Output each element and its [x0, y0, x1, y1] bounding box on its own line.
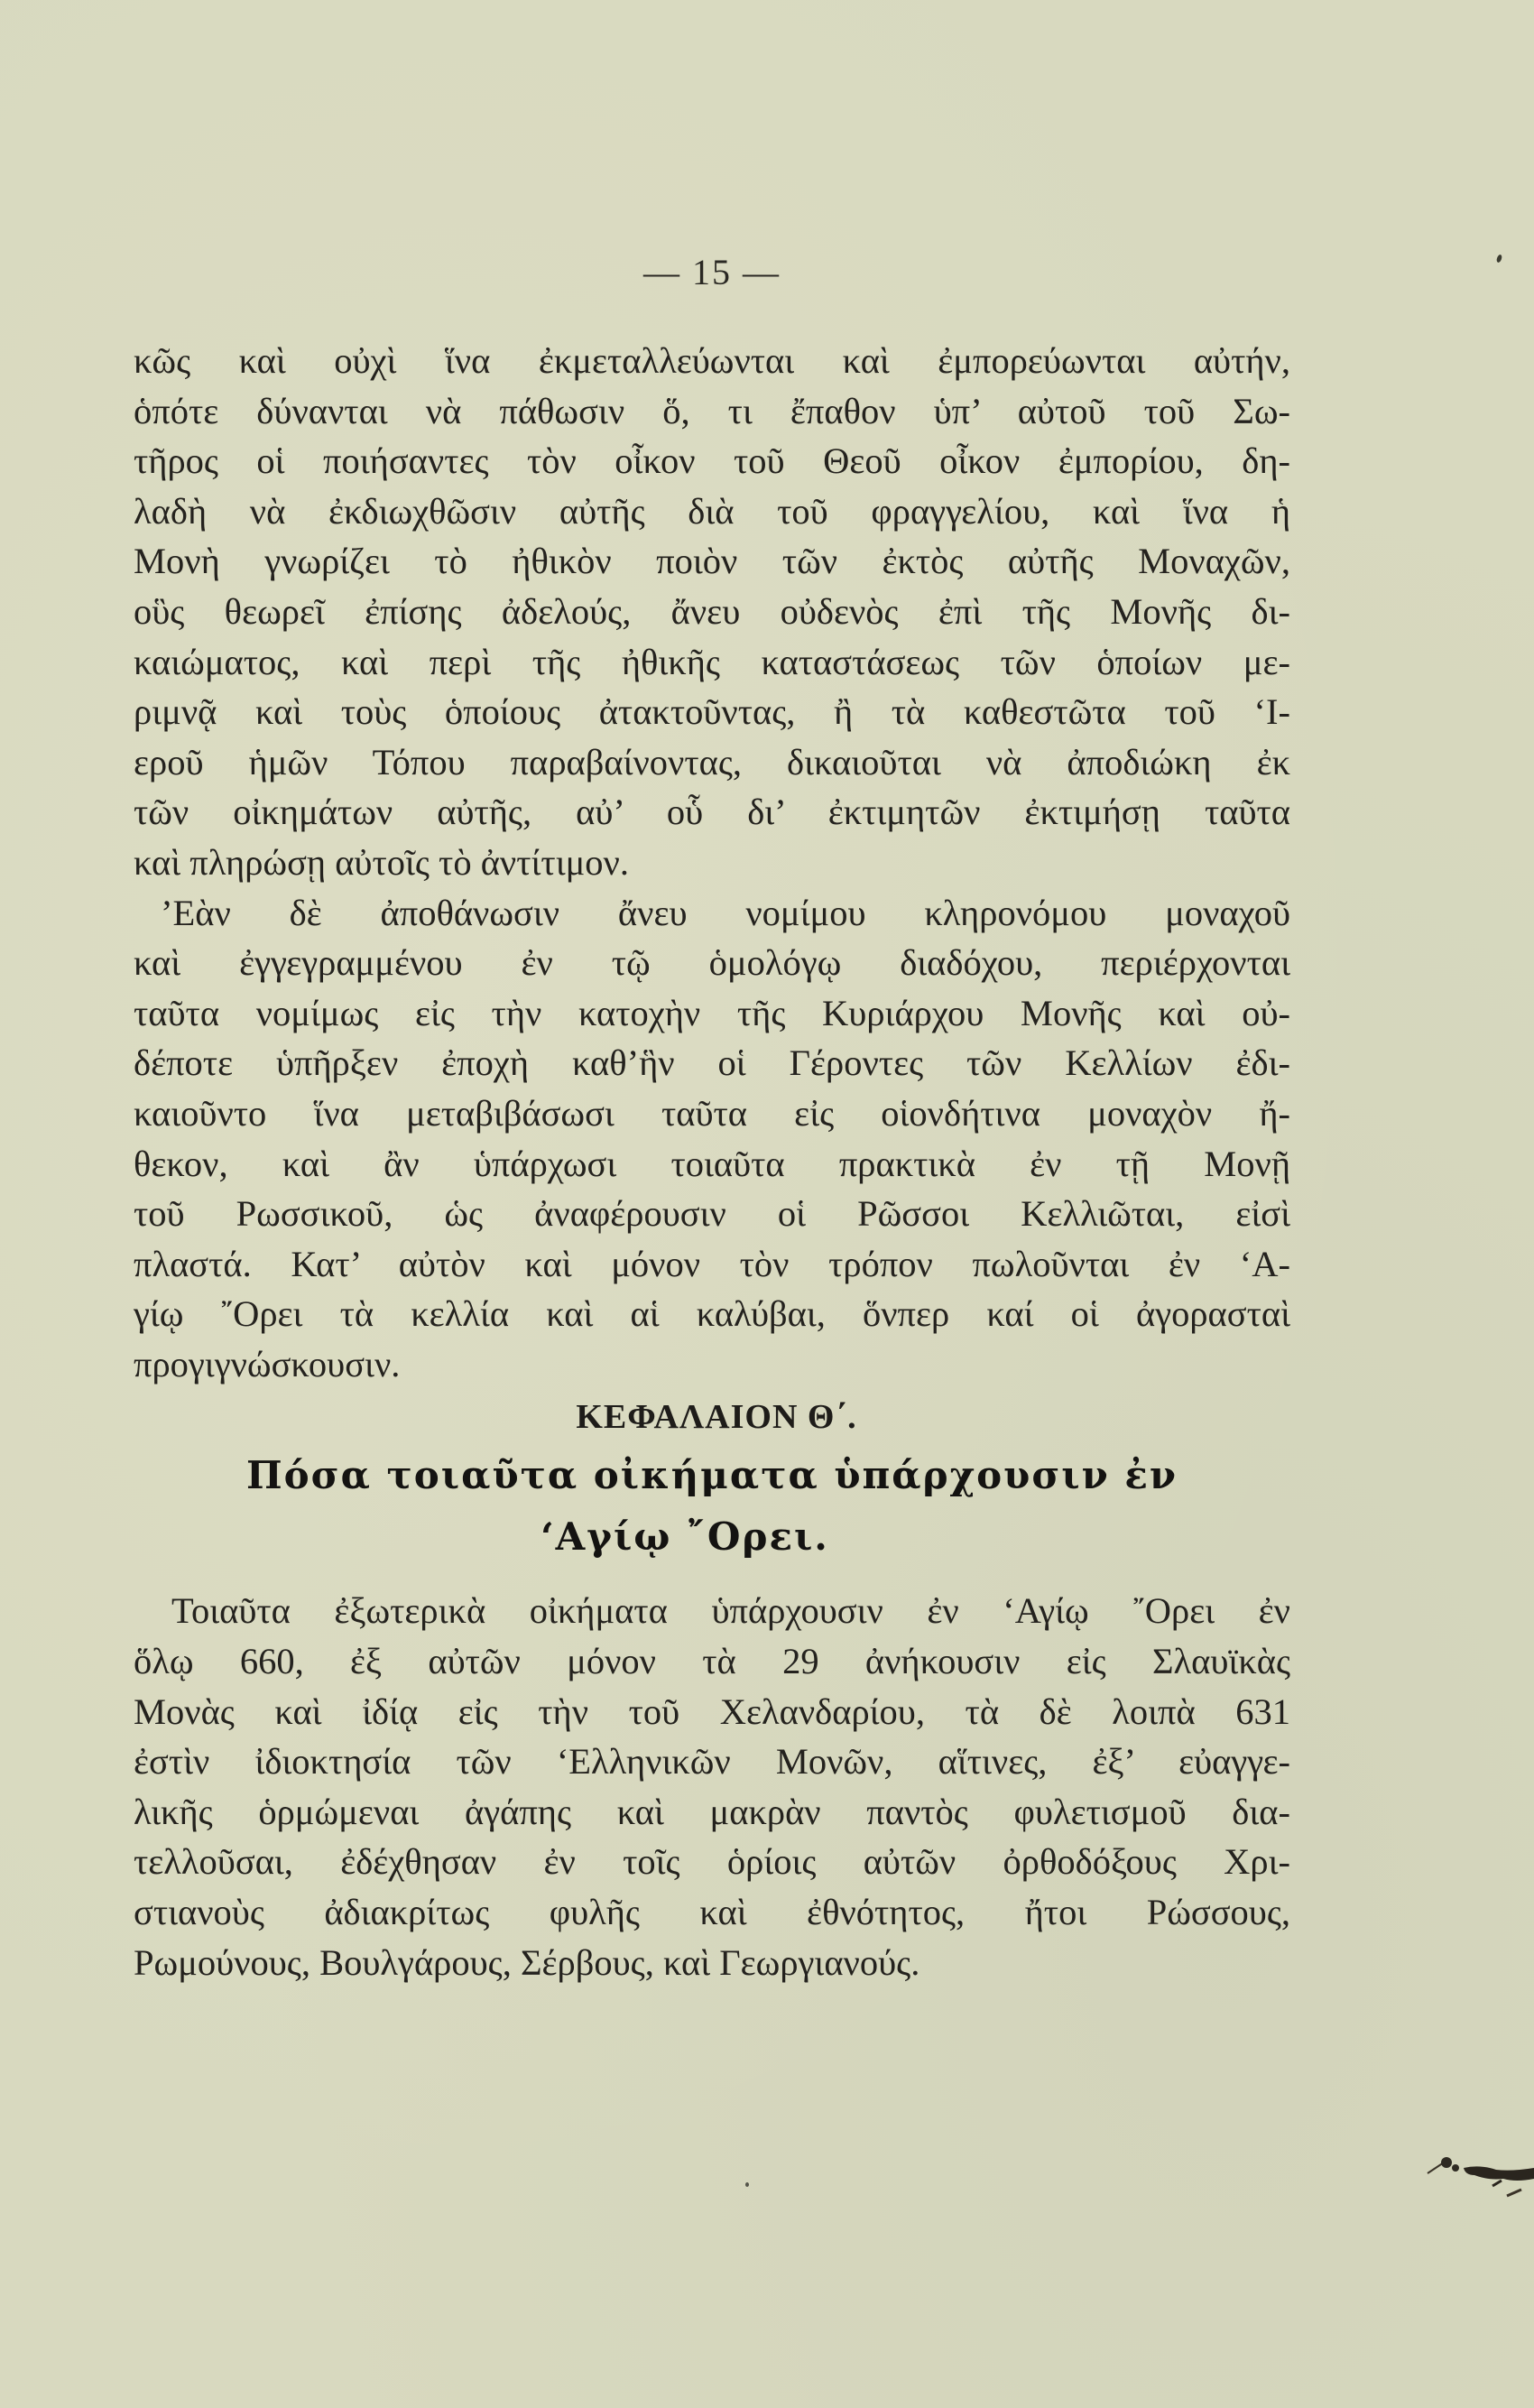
text-line: δέποτε ὑπῆρξεν ἐποχὴ καθ’ἣν οἱ Γέροντες …: [134, 1038, 1290, 1088]
text-line: ὅλῳ 660, ἐξ αὐτῶν μόνον τὰ 29 ἀνήκουσιν …: [134, 1636, 1290, 1687]
text-line: καιώματος, καὶ περὶ τῆς ἠθικῆς καταστάσε…: [134, 637, 1290, 688]
text-line: καὶ πληρώσῃ αὐτοῖς τὸ ἀντίτιμον.: [134, 838, 1290, 888]
text-line: λικῆς ὁρμώμεναι ἀγάπης καὶ μακρὰν παντὸς…: [134, 1787, 1290, 1838]
page-number: — 15 —: [134, 251, 1290, 293]
chapter-title: Πόσα τοιαῦτα οἰκήματα ὑπάρχουσιν ἐν ‘Αγί…: [134, 1445, 1290, 1568]
paragraph-2: ’Εὰν δὲ ἀποθάνωσιν ἄνευ νομίμου κληρονόμ…: [134, 888, 1290, 1390]
body-text: κῶς καὶ οὐχὶ ἵνα ἐκμεταλλεύωνται καὶ ἐμπ…: [134, 336, 1290, 1987]
text-line: πλαστά. Κατ’ αὐτὸν καὶ μόνον τὸν τρόπον …: [134, 1239, 1290, 1290]
text-line: τελλοῦσαι, ἐδέχθησαν ἐν τοῖς ὁρίοις αὐτῶ…: [134, 1837, 1290, 1887]
text-line: γίῳ ῎Ορει τὰ κελλία καὶ αἱ καλύβαι, ὅνπε…: [134, 1289, 1290, 1339]
chapter-title-line-1: Πόσα τοιαῦτα οἰκήματα ὑπάρχουσιν ἐν: [134, 1445, 1290, 1506]
text-line: ταῦτα νομίμως εἰς τὴν κατοχὴν τῆς Κυριάρ…: [134, 988, 1290, 1039]
text-line: Μονὴ γνωρίζει τὸ ἠθικὸν ποιὸν τῶν ἐκτὸς …: [134, 536, 1290, 587]
text-line: ριμνᾷ καὶ τοὺς ὁποίους ἀτακτοῦντας, ἢ τὰ…: [134, 687, 1290, 737]
text-line: τῆρος οἱ ποιήσαντες τὸν οἶκον τοῦ Θεοῦ ο…: [134, 436, 1290, 486]
chapter-label: ΚΕΦΑΛΑΙΟΝ Θ΄.: [134, 1389, 1290, 1445]
text-line: εροῦ ἡμῶν Τόπου παραβαίνοντας, δικαιοῦτα…: [134, 737, 1290, 788]
text-line: ’Εὰν δὲ ἀποθάνωσιν ἄνευ νομίμου κληρονόμ…: [134, 888, 1290, 939]
text-line: ὁπότε δύνανται νὰ πάθωσιν ὅ, τι ἔπαθον ὑ…: [134, 386, 1290, 437]
text-line: καὶ ἐγγεγραμμένου ἐν τῷ ὁμολόγῳ διαδόχου…: [134, 938, 1290, 988]
text-line: Μονὰς καὶ ἰδίᾳ εἰς τὴν τοῦ Χελανδαρίου, …: [134, 1687, 1290, 1737]
paragraph-3: Τοιαῦτα ἐξωτερικὰ οἰκήματα ὑπάρχουσιν ἐν…: [134, 1586, 1290, 1987]
paragraph-1: κῶς καὶ οὐχὶ ἵνα ἐκμεταλλεύωνται καὶ ἐμπ…: [134, 336, 1290, 888]
text-line: προγιγνώσκουσιν.: [134, 1339, 1290, 1390]
text-line: τοῦ Ρωσσικοῦ, ὡς ἀναφέρουσιν οἱ Ρῶσσοι Κ…: [134, 1189, 1290, 1239]
text-line: κῶς καὶ οὐχὶ ἵνα ἐκμεταλλεύωνται καὶ ἐμπ…: [134, 336, 1290, 386]
text-line: οὓς θεωρεῖ ἐπίσης ἀδελούς, ἄνευ οὐδενὸς …: [134, 587, 1290, 637]
text-line: Τοιαῦτα ἐξωτερικὰ οἰκήματα ὑπάρχουσιν ἐν…: [134, 1586, 1290, 1636]
text-line: στιανοὺς ἀδιακρίτως φυλῆς καὶ ἐθνότητος,…: [134, 1887, 1290, 1938]
text-line: ἐστὶν ἰδιοκτησία τῶν ‘Ελληνικῶν Μονῶν, α…: [134, 1737, 1290, 1787]
text-line: θεκον, καὶ ἂν ὑπάρχωσι τοιαῦτα πρακτικὰ …: [134, 1139, 1290, 1190]
text-line: λαδὴ νὰ ἐκδιωχθῶσιν αὐτῆς διὰ τοῦ φραγγε…: [134, 486, 1290, 537]
ink-speck-top-right: [1496, 254, 1503, 263]
ink-smudge-corner-icon: [1426, 2144, 1534, 2199]
text-line: καιοῦντο ἵνα μεταβιβάσωσι ταῦτα εἰς οἱον…: [134, 1088, 1290, 1139]
spacer: [134, 1568, 1290, 1586]
ink-speck-bottom: [745, 2182, 749, 2187]
text-line: Ρωμούνους, Βουλγάρους, Σέρβους, καὶ Γεωρ…: [134, 1938, 1290, 1988]
text-line: τῶν οἰκημάτων αὐτῆς, αὐ’ οὗ δι’ ἐκτιμητῶ…: [134, 787, 1290, 838]
chapter-title-line-2: ‘Αγίῳ ῎Ορει.: [134, 1506, 1290, 1568]
